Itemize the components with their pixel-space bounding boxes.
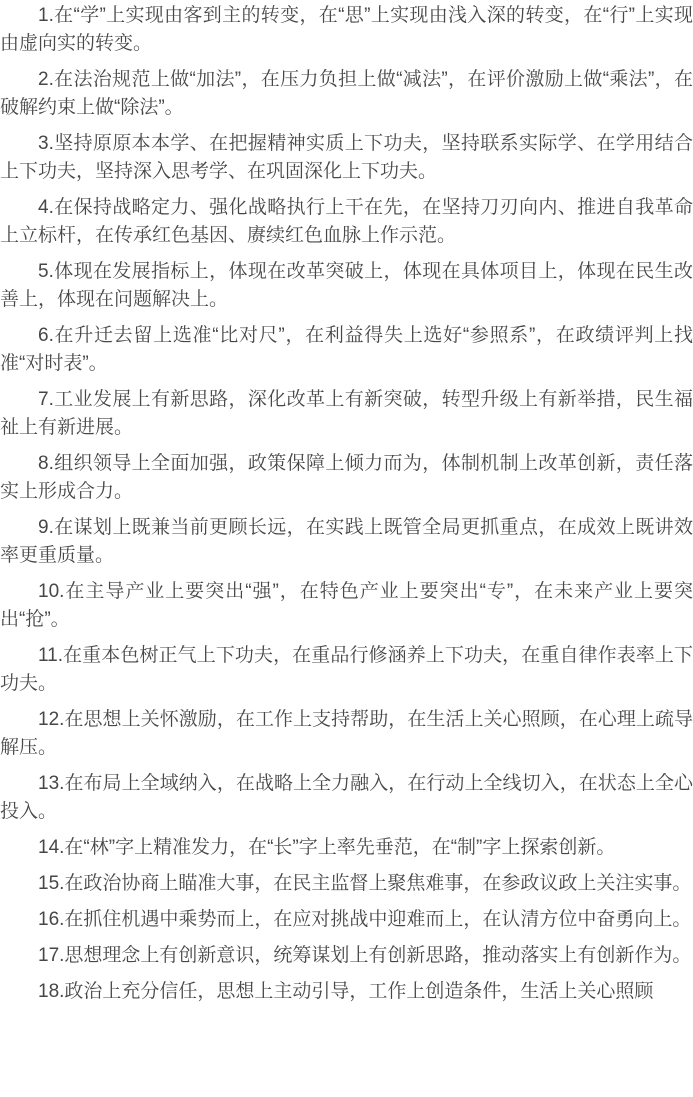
paragraph-3: 3.坚持原原本本学、在把握精神实质上下功夫，坚持联系实际学、在学用结合上下功夫，… [0, 130, 693, 186]
document-body: 1.在“学”上实现由客到主的转变，在“思”上实现由浅入深的转变，在“行”上实现由… [0, 0, 693, 1006]
paragraph-12: 12.在思想上关怀激励，在工作上支持帮助，在生活上关心照顾，在心理上疏导解压。 [0, 706, 693, 762]
paragraph-8: 8.组织领导上全面加强，政策保障上倾力而为，体制机制上改革创新，责任落实上形成合… [0, 450, 693, 506]
paragraph-1: 1.在“学”上实现由客到主的转变，在“思”上实现由浅入深的转变，在“行”上实现由… [0, 2, 693, 58]
paragraph-18: 18.政治上充分信任，思想上主动引导，工作上创造条件，生活上关心照顾 [0, 978, 693, 1006]
paragraph-17: 17.思想理念上有创新意识，统筹谋划上有创新思路，推动落实上有创新作为。 [0, 942, 693, 970]
paragraph-5: 5.体现在发展指标上，体现在改革突破上，体现在具体项目上，体现在民生改善上，体现… [0, 258, 693, 314]
paragraph-6: 6.在升迁去留上选准“比对尺”，在利益得失上选好“参照系”，在政绩评判上找准“对… [0, 322, 693, 378]
paragraph-2: 2.在法治规范上做“加法”，在压力负担上做“减法”，在评价激励上做“乘法”，在破… [0, 66, 693, 122]
paragraph-14: 14.在“林”字上精准发力，在“长”字上率先垂范，在“制”字上探索创新。 [0, 834, 693, 862]
paragraph-13: 13.在布局上全域纳入，在战略上全力融入，在行动上全线切入，在状态上全心投入。 [0, 770, 693, 826]
paragraph-11: 11.在重本色树正气上下功夫，在重品行修涵养上下功夫，在重自律作表率上下功夫。 [0, 642, 693, 698]
paragraph-9: 9.在谋划上既兼当前更顾长远，在实践上既管全局更抓重点，在成效上既讲效率更重质量… [0, 514, 693, 570]
paragraph-10: 10.在主导产业上要突出“强”，在特色产业上要突出“专”，在未来产业上要突出“抢… [0, 578, 693, 634]
paragraph-15: 15.在政治协商上瞄准大事，在民主监督上聚焦难事，在参政议政上关注实事。 [0, 870, 693, 898]
paragraph-7: 7.工业发展上有新思路，深化改革上有新突破，转型升级上有新举措，民生福祉上有新进… [0, 386, 693, 442]
paragraph-16: 16.在抓住机遇中乘势而上，在应对挑战中迎难而上，在认清方位中奋勇向上。 [0, 906, 693, 934]
paragraph-4: 4.在保持战略定力、强化战略执行上干在先，在坚持刀刃向内、推进自我革命上立标杆，… [0, 194, 693, 250]
